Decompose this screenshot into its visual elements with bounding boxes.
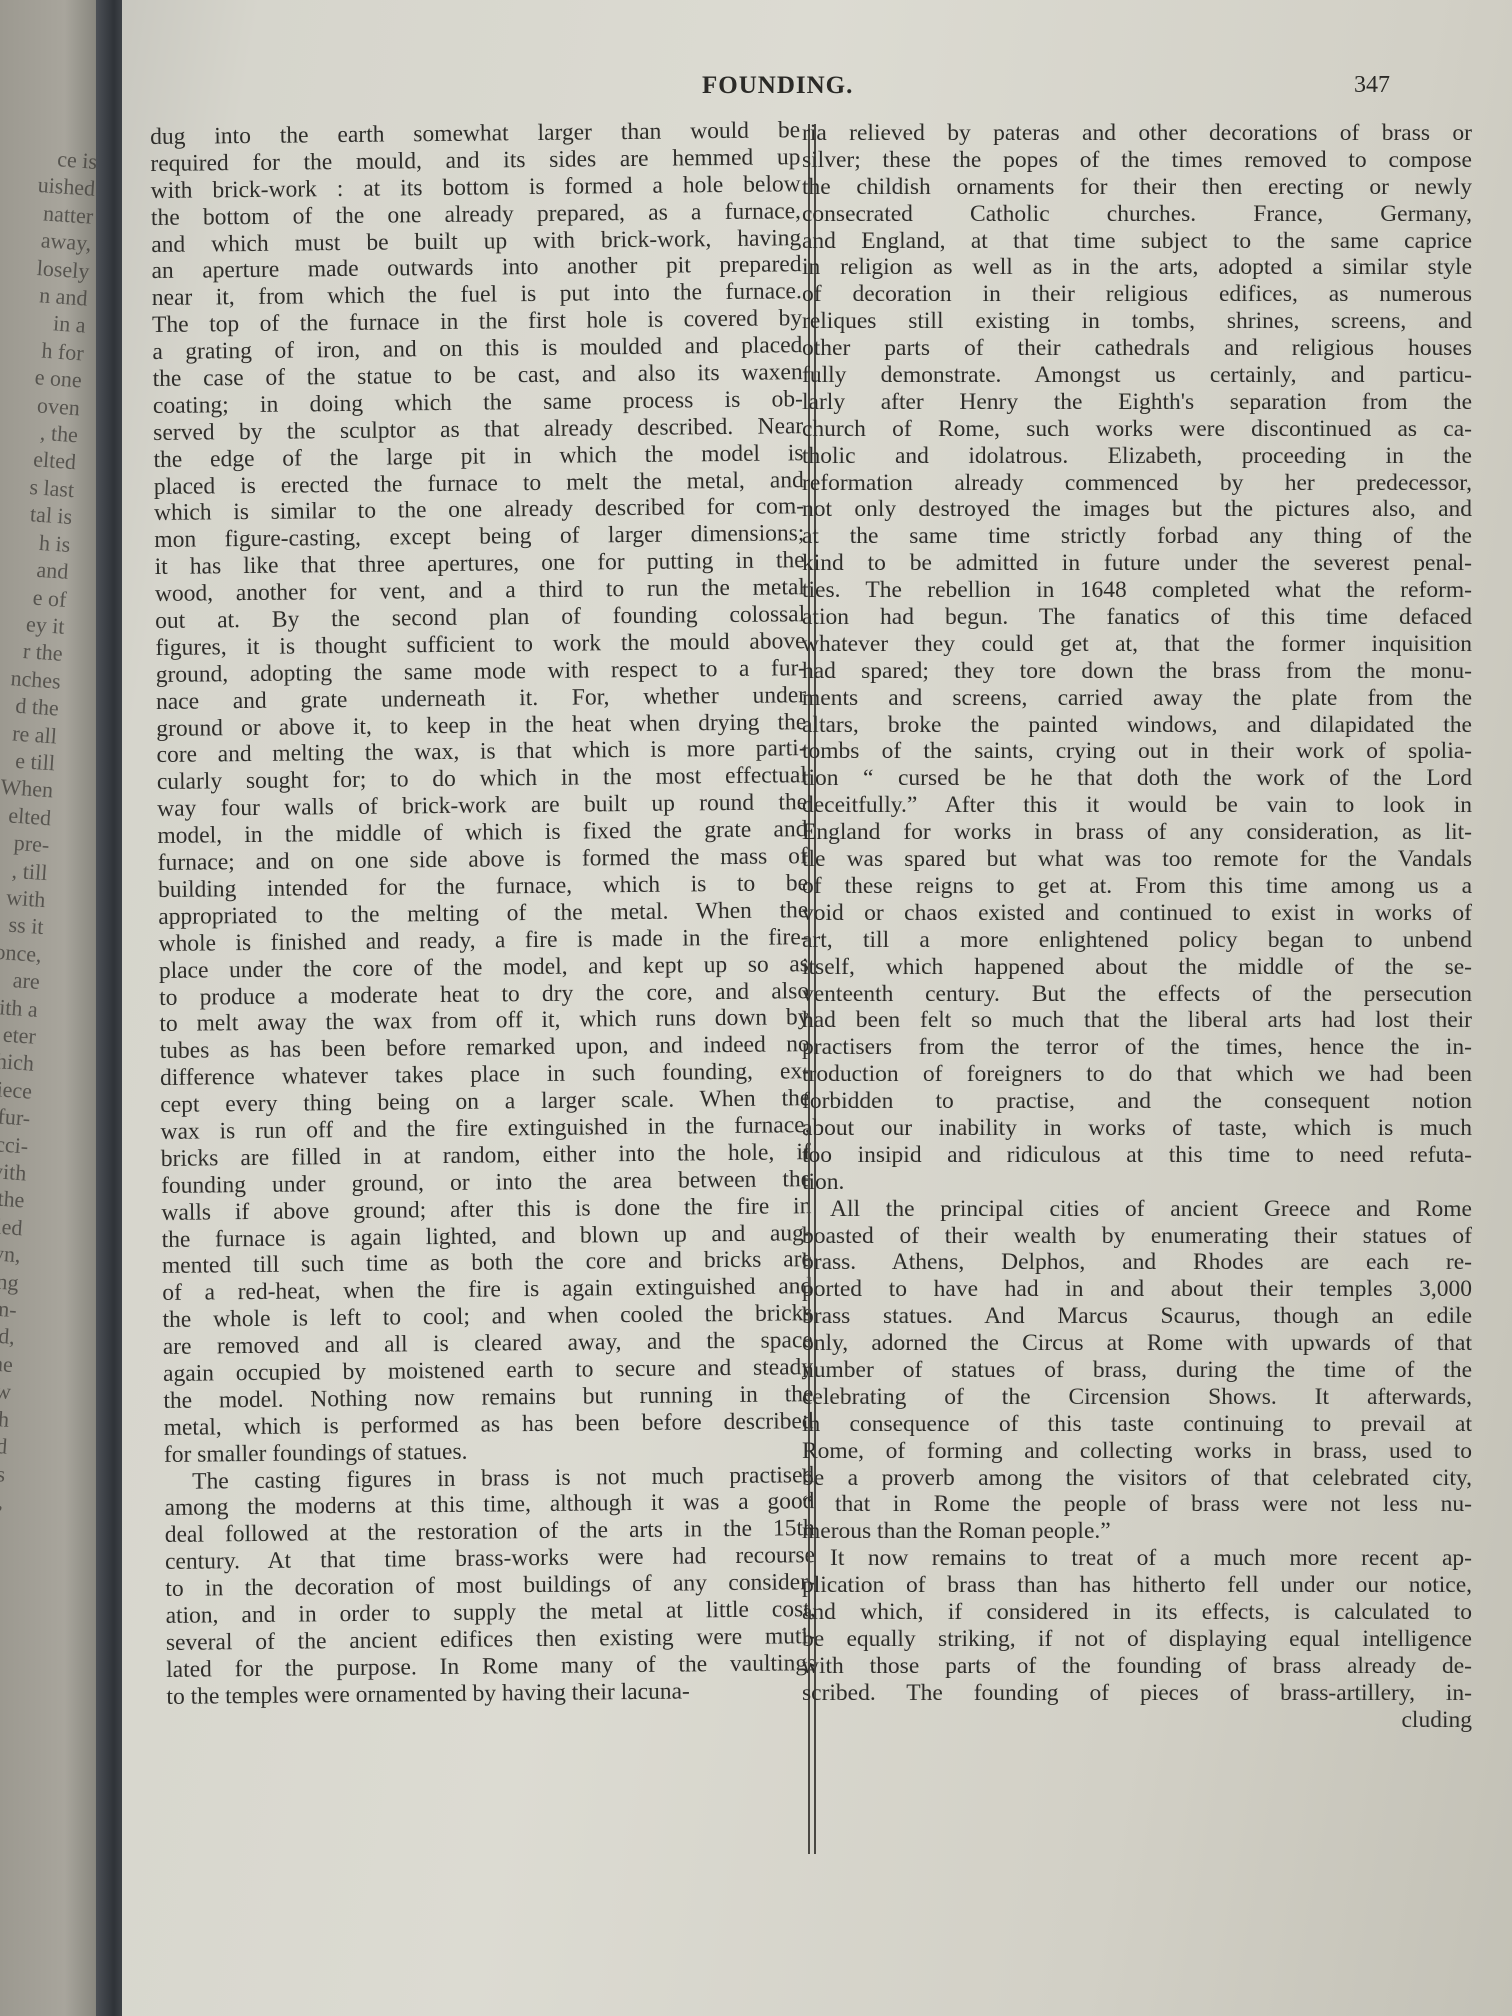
text-line: ation had begun. The fanatics of this ti… xyxy=(802,604,1472,631)
text-line: plication of brass than has hitherto fel… xyxy=(802,1572,1472,1599)
text-line: other parts of their cathedrals and reli… xyxy=(802,335,1472,362)
text-line: in consequence of this taste continuing … xyxy=(802,1411,1472,1438)
text-line: kind to be admitted in future under the … xyxy=(802,550,1472,577)
text-line: void or chaos existed and continued to e… xyxy=(802,900,1472,927)
text-line: with those parts of the founding of bras… xyxy=(802,1653,1472,1680)
running-head: FOUNDING. 347 xyxy=(122,72,1512,102)
text-line: reliques still existing in tombs, shrine… xyxy=(802,308,1472,335)
text-line: brass statues. And Marcus Scaurus, thoug… xyxy=(802,1303,1472,1330)
text-line: ria relieved by pateras and other decora… xyxy=(802,120,1472,147)
text-line: consecrated Catholic churches. France, G… xyxy=(802,201,1472,228)
text-line: tion “ cursed be he that doth the work o… xyxy=(802,765,1472,792)
text-line: of these reigns to get at. From this tim… xyxy=(802,873,1472,900)
text-line: brass. Athens, Delphos, and Rhodes are e… xyxy=(802,1249,1472,1276)
text-line: not only destroyed the images but the pi… xyxy=(802,496,1472,523)
text-line: larly after Henry the Eighth's separatio… xyxy=(802,389,1472,416)
text-line: only, adorned the Circus at Rome with up… xyxy=(802,1330,1472,1357)
text-line: tholic and idolatrous. Elizabeth, procee… xyxy=(802,443,1472,470)
text-line: practisers from the terror of the times,… xyxy=(802,1034,1472,1061)
text-line: deceitfully.” After this it would be vai… xyxy=(802,792,1472,819)
text-line: “ that in Rome the people of brass were … xyxy=(802,1491,1472,1518)
text-line: ments and screens, carried away the plat… xyxy=(802,685,1472,712)
facing-page-text-fragment: ce is uished natter away, losely n and i… xyxy=(0,137,98,1789)
text-line: ported to have had in and about their te… xyxy=(802,1276,1472,1303)
text-line: the childish ornaments for their then er… xyxy=(802,174,1472,201)
text-line: tion. xyxy=(802,1169,1472,1196)
text-line: be equally striking, if not of displayin… xyxy=(802,1626,1472,1653)
text-line: and which, if considered in its effects,… xyxy=(802,1599,1472,1626)
text-line: altars, broke the painted windows, and d… xyxy=(802,712,1472,739)
text-line: in religion as well as in the arts, adop… xyxy=(802,254,1472,281)
text-line: venteenth century. But the effects of th… xyxy=(802,981,1472,1008)
text-line: whatever they could get at, that the for… xyxy=(802,631,1472,658)
text-line: merous than the Roman people.” xyxy=(802,1518,1472,1545)
right-text-column: ria relieved by pateras and other decora… xyxy=(802,120,1472,1733)
text-line: boasted of their wealth by enumerating t… xyxy=(802,1223,1472,1250)
page-title: FOUNDING. xyxy=(702,72,853,100)
text-line: ties. The rebellion in 1648 completed wh… xyxy=(802,577,1472,604)
text-line: fully demonstrate. Amongst us certainly,… xyxy=(802,362,1472,389)
text-line: about our inability in works of taste, w… xyxy=(802,1115,1472,1142)
left-text-column: dug into the earth somewhat larger than … xyxy=(150,117,817,1710)
text-line: Rome, of forming and collecting works in… xyxy=(802,1438,1472,1465)
text-line: of decoration in their religious edifice… xyxy=(802,281,1472,308)
text-line: church of Rome, such works were disconti… xyxy=(802,416,1472,443)
text-line: cluding xyxy=(802,1707,1472,1734)
text-line: had spared; they tore down the brass fro… xyxy=(802,658,1472,685)
text-line: silver; these the popes of the times rem… xyxy=(802,147,1472,174)
book-page: FOUNDING. 347 dug into the earth somewha… xyxy=(122,0,1512,2016)
text-line: art, till a more enlightened policy bega… xyxy=(802,927,1472,954)
text-line: tle was spared but what was too remote f… xyxy=(802,846,1472,873)
text-line: celebrating of the Circension Shows. It … xyxy=(802,1384,1472,1411)
text-line: at the same time strictly forbad any thi… xyxy=(802,523,1472,550)
text-line: had been felt so much that the liberal a… xyxy=(802,1007,1472,1034)
text-line: be a proverb among the visitors of that … xyxy=(802,1465,1472,1492)
text-line: too insipid and ridiculous at this time … xyxy=(802,1142,1472,1169)
text-line: It now remains to treat of a much more r… xyxy=(802,1545,1472,1572)
text-line: troduction of foreigners to do that whic… xyxy=(802,1061,1472,1088)
text-line: number of statues of brass, during the t… xyxy=(802,1357,1472,1384)
text-line: forbidden to practise, and the consequen… xyxy=(802,1088,1472,1115)
text-line: and England, at that time subject to the… xyxy=(802,228,1472,255)
text-line: England for works in brass of any consid… xyxy=(802,819,1472,846)
text-line: itself, which happened about the middle … xyxy=(802,954,1472,981)
text-line: All the principal cities of ancient Gree… xyxy=(802,1196,1472,1223)
text-line: scribed. The founding of pieces of brass… xyxy=(802,1680,1472,1707)
page-number: 347 xyxy=(1354,72,1390,99)
text-line: reformation already commenced by her pre… xyxy=(802,470,1472,497)
text-line: tombs of the saints, crying out in their… xyxy=(802,738,1472,765)
